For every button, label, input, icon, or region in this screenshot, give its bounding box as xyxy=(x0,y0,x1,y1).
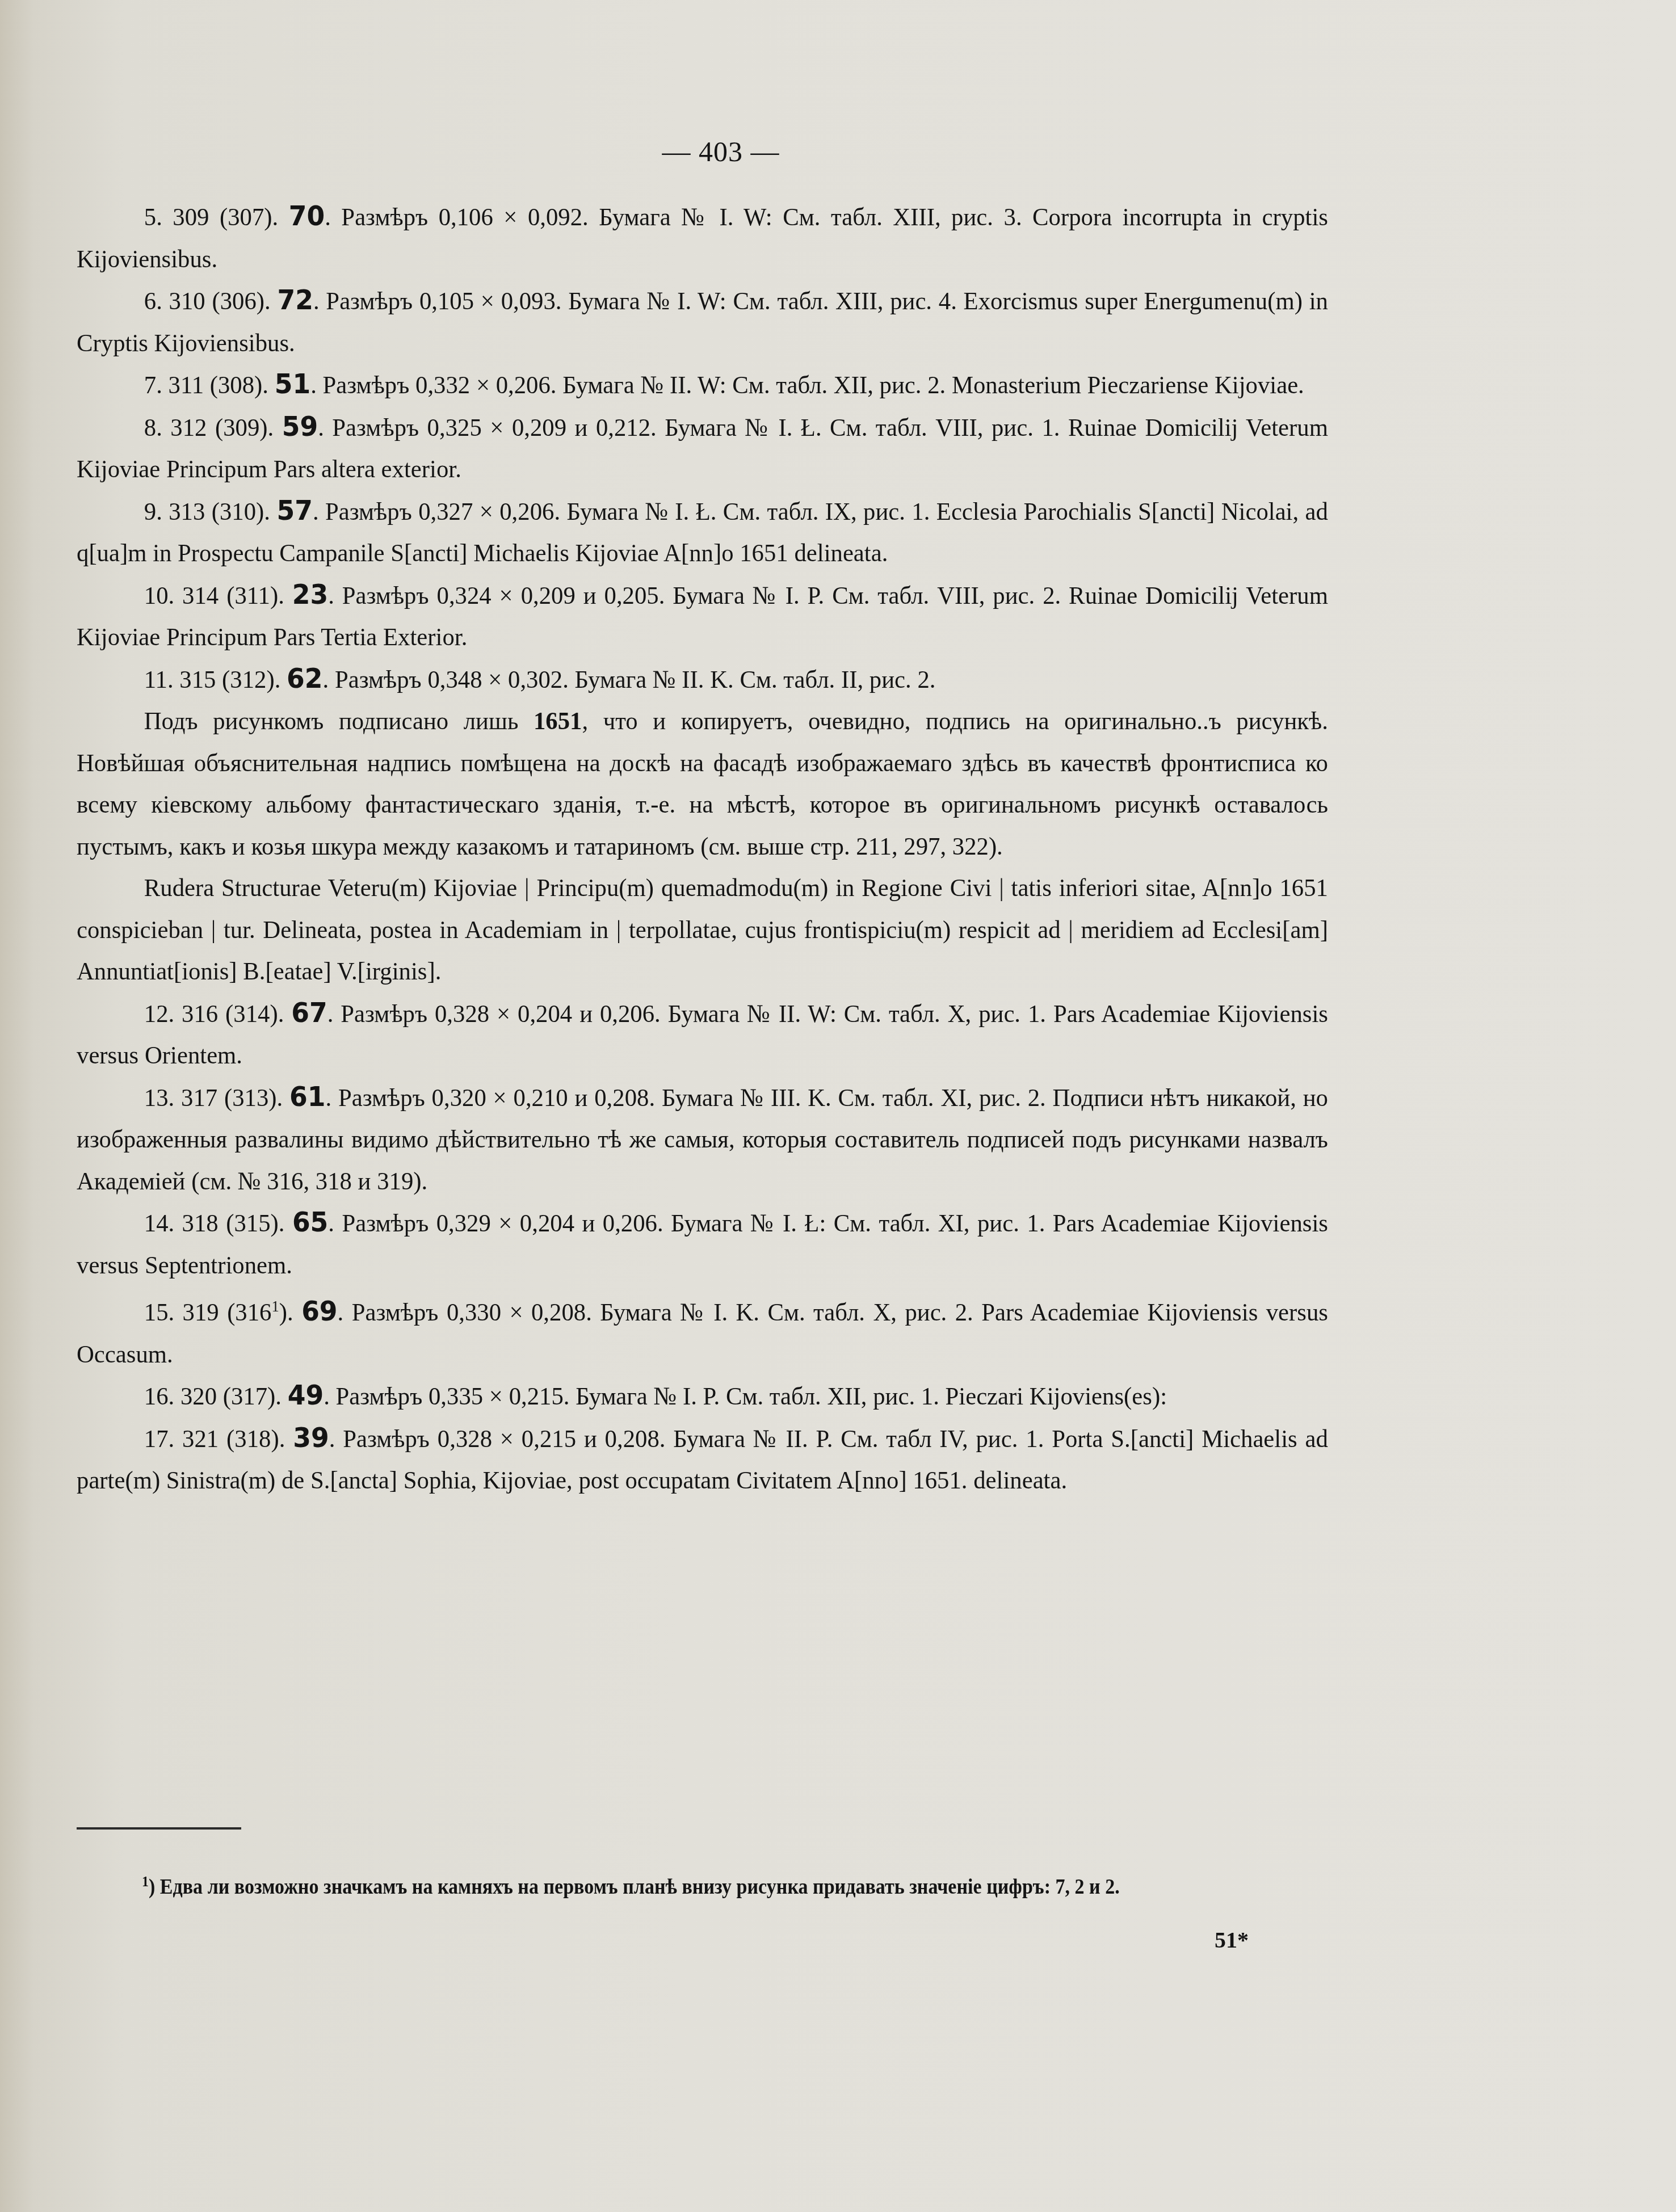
catalog-entry-7: 7. 311 (308). 51. Размѣръ 0,332 × 0,206.… xyxy=(77,364,1328,406)
figure-number: 72 xyxy=(277,284,313,316)
footnote-reference[interactable]: 1 xyxy=(271,1298,279,1315)
footnote-marker: 1 xyxy=(142,1873,149,1890)
footnote: 1) Едва ли возможно значкамъ на камняхъ … xyxy=(77,1866,1353,1903)
catalog-entry-14: 14. 318 (315). 65. Размѣръ 0,329 × 0,204… xyxy=(77,1202,1328,1286)
year-bold: 1651 xyxy=(534,707,582,735)
footnote-divider xyxy=(77,1827,241,1830)
catalog-entry-5: 5. 309 (307). 70. Размѣръ 0,106 × 0,092.… xyxy=(77,196,1328,280)
figure-number: 57 xyxy=(276,495,312,527)
entry-number: 17. 321 (318). xyxy=(144,1424,293,1453)
entry-number: 11. 315 (312). xyxy=(144,665,287,693)
catalog-entry-13: 13. 317 (313). 61. Размѣръ 0,320 × 0,210… xyxy=(77,1076,1328,1202)
figure-number: 67 xyxy=(291,997,327,1029)
page-number: — 403 — xyxy=(0,135,1442,168)
body-text: 5. 309 (307). 70. Размѣръ 0,106 × 0,092.… xyxy=(77,196,1328,1502)
figure-number: 51 xyxy=(275,368,310,400)
entry-number: 10. 314 (311). xyxy=(144,581,292,609)
figure-number: 39 xyxy=(293,1422,329,1454)
entry-number: 13. 317 (313). xyxy=(144,1083,289,1112)
figure-number: 62 xyxy=(287,663,322,695)
figure-number: 61 xyxy=(289,1081,325,1113)
commentary-paragraph: Подъ рисункомъ подписано лишь 1651, что … xyxy=(77,700,1328,867)
entry-number: 12. 316 (314). xyxy=(144,999,292,1028)
figure-number: 23 xyxy=(292,579,328,611)
entry-number: 14. 318 (315). xyxy=(144,1209,292,1237)
entry-number: 9. 313 (310). xyxy=(144,497,277,525)
catalog-entry-12: 12. 316 (314). 67. Размѣръ 0,328 × 0,204… xyxy=(77,993,1328,1076)
catalog-entry-15: 15. 319 (3161). 69. Размѣръ 0,330 × 0,20… xyxy=(77,1286,1328,1375)
entry-number: 8. 312 (309). xyxy=(144,413,282,441)
catalog-entry-9: 9. 313 (310). 57. Размѣръ 0,327 × 0,206.… xyxy=(77,490,1328,574)
entry-number: 7. 311 (308). xyxy=(144,371,275,399)
figure-number: 59 xyxy=(282,411,318,443)
entry-number-end: ). xyxy=(279,1298,301,1326)
commentary-text: Подъ рисункомъ подписано лишь xyxy=(144,707,534,735)
figure-number: 49 xyxy=(288,1380,324,1411)
catalog-entry-10: 10. 314 (311). 23. Размѣръ 0,324 × 0,209… xyxy=(77,574,1328,658)
figure-number: 70 xyxy=(289,200,325,232)
catalog-entry-6: 6. 310 (306). 72. Размѣръ 0,105 × 0,093.… xyxy=(77,280,1328,364)
catalog-entry-17: 17. 321 (318). 39. Размѣръ 0,328 × 0,215… xyxy=(77,1418,1328,1502)
catalog-entry-16: 16. 320 (317). 49. Размѣръ 0,335 × 0,215… xyxy=(77,1375,1328,1418)
footnote-text: ) Едва ли возможно значкамъ на камняхъ н… xyxy=(149,1875,1120,1899)
entry-text: . Размѣръ 0,332 × 0,206. Бумага № II. W:… xyxy=(310,371,1304,399)
entry-number: 5. 309 (307). xyxy=(144,203,289,231)
figure-number: 65 xyxy=(292,1206,328,1238)
printer-signature-mark: 51* xyxy=(1215,1927,1249,1953)
entry-text: . Размѣръ 0,335 × 0,215. Бумага № I. P. … xyxy=(324,1382,1167,1410)
inscription-paragraph: Rudera Structurae Veteru(m) Kijoviae | P… xyxy=(77,867,1328,993)
catalog-entry-11: 11. 315 (312). 62. Размѣръ 0,348 × 0,302… xyxy=(77,658,1328,701)
entry-number: 6. 310 (306). xyxy=(144,287,278,315)
entry-number: 15. 319 (316 xyxy=(144,1298,272,1326)
figure-number: 69 xyxy=(301,1296,337,1327)
entry-number: 16. 320 (317). xyxy=(144,1382,288,1410)
document-page: — 403 — 5. 309 (307). 70. Размѣръ 0,106 … xyxy=(0,0,1676,2212)
entry-text: . Размѣръ 0,348 × 0,302. Бумага № II. K.… xyxy=(323,665,936,693)
catalog-entry-8: 8. 312 (309). 59. Размѣръ 0,325 × 0,209 … xyxy=(77,406,1328,490)
